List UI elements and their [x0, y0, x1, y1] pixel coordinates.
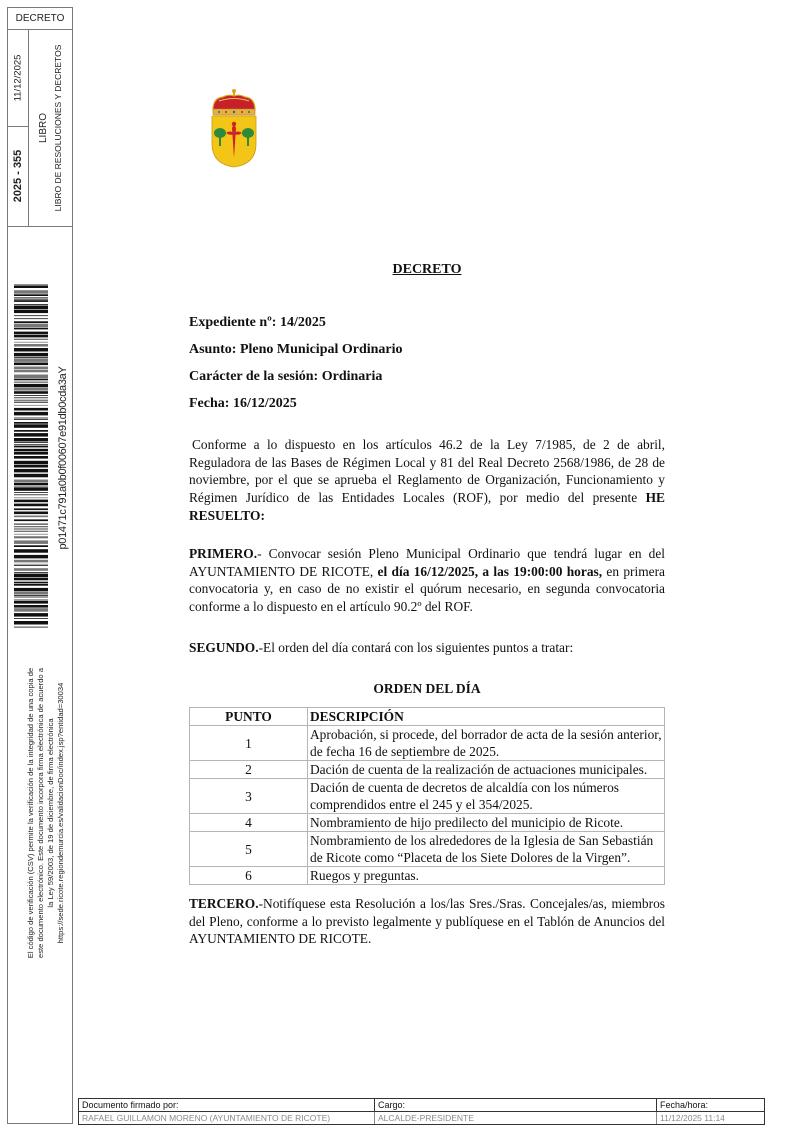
intro-paragraph: Conforme a lo dispuesto en los artículos…: [189, 436, 665, 525]
punto-cell: 3: [190, 779, 308, 814]
primero-paragraph: PRIMERO.- Convocar sesión Pleno Municipa…: [189, 545, 665, 616]
document-title: DECRETO: [189, 262, 665, 278]
sidebar-doc-type: DECRETO: [8, 8, 72, 30]
position-label: Cargo:: [375, 1099, 657, 1112]
verification-sidebar: DECRETO 11/12/2025 2025 - 355 LIBRO LIBR…: [7, 7, 73, 1124]
coat-of-arms-icon: [209, 88, 259, 168]
punto-cell: 2: [190, 761, 308, 779]
sidebar-decree-number: 2025 - 355: [12, 150, 24, 203]
descripcion-cell: Dación de cuenta de la realización de ac…: [308, 761, 665, 779]
table-row: 5Nombramiento de los alrededores de la I…: [190, 832, 665, 867]
tercero-paragraph: TERCERO.-Notifíquese esta Resolución a l…: [189, 895, 665, 948]
column-header-punto: PUNTO: [190, 708, 308, 726]
csv-legend: El código de verificación (CSV) permite …: [26, 653, 66, 973]
meta-caracter: Carácter de la sesión: Ordinaria: [189, 368, 403, 395]
table-row: 3Dación de cuenta de decretos de alcaldí…: [190, 779, 665, 814]
signed-by-label: Documento firmado por:: [79, 1099, 375, 1112]
datetime-label: Fecha/hora:: [657, 1099, 765, 1112]
datetime-value: 11/12/2025 11:14: [657, 1112, 765, 1125]
table-row: 2Dación de cuenta de la realización de a…: [190, 761, 665, 779]
signature-table: Documento firmado por: Cargo: Fecha/hora…: [78, 1098, 765, 1125]
meta-fecha: Fecha: 16/12/2025: [189, 395, 403, 422]
sidebar-date: 11/12/2025: [13, 54, 24, 101]
document-meta: Expediente nº: 14/2025 Asunto: Pleno Mun…: [189, 314, 403, 422]
csv-code: p01471c791a0b0f00607e91db0cda3aY: [57, 366, 69, 549]
punto-cell: 1: [190, 726, 308, 761]
table-row: 4Nombramiento de hijo predilecto del mun…: [190, 814, 665, 832]
orden-del-dia-table: PUNTO DESCRIPCIÓN 1Aprobación, si proced…: [189, 707, 665, 885]
descripcion-cell: Aprobación, si procede, del borrador de …: [308, 726, 665, 761]
verification-url[interactable]: https://sede.ricote.regiondemurcia.es/va…: [56, 653, 66, 973]
position-value: ALCALDE-PRESIDENTE: [375, 1112, 657, 1125]
column-header-descripcion: DESCRIPCIÓN: [308, 708, 665, 726]
segundo-paragraph: SEGUNDO.-El orden del día contará con lo…: [189, 639, 665, 657]
descripcion-cell: Ruegos y preguntas.: [308, 867, 665, 885]
punto-cell: 4: [190, 814, 308, 832]
barcode-icon: [14, 284, 48, 629]
descripcion-cell: Nombramiento de hijo predilecto del muni…: [308, 814, 665, 832]
sidebar-registry-block: 11/12/2025 2025 - 355 LIBRO LIBRO DE RES…: [8, 29, 72, 227]
meta-asunto: Asunto: Pleno Municipal Ordinario: [189, 341, 403, 368]
meta-expediente: Expediente nº: 14/2025: [189, 314, 403, 341]
table-row: 1Aprobación, si procede, del borrador de…: [190, 726, 665, 761]
signed-by-value: RAFAEL GUILLAMON MORENO (AYUNTAMIENTO DE…: [79, 1112, 375, 1125]
descripcion-cell: Dación de cuenta de decretos de alcaldía…: [308, 779, 665, 814]
sidebar-book-label: LIBRO: [37, 44, 51, 211]
orden-del-dia-title: ORDEN DEL DÍA: [189, 681, 665, 697]
table-row: 6Ruegos y preguntas.: [190, 867, 665, 885]
punto-cell: 6: [190, 867, 308, 885]
punto-cell: 5: [190, 832, 308, 867]
sidebar-book-name: LIBRO DE RESOLUCIONES Y DECRETOS: [51, 44, 65, 211]
descripcion-cell: Nombramiento de los alrededores de la Ig…: [308, 832, 665, 867]
